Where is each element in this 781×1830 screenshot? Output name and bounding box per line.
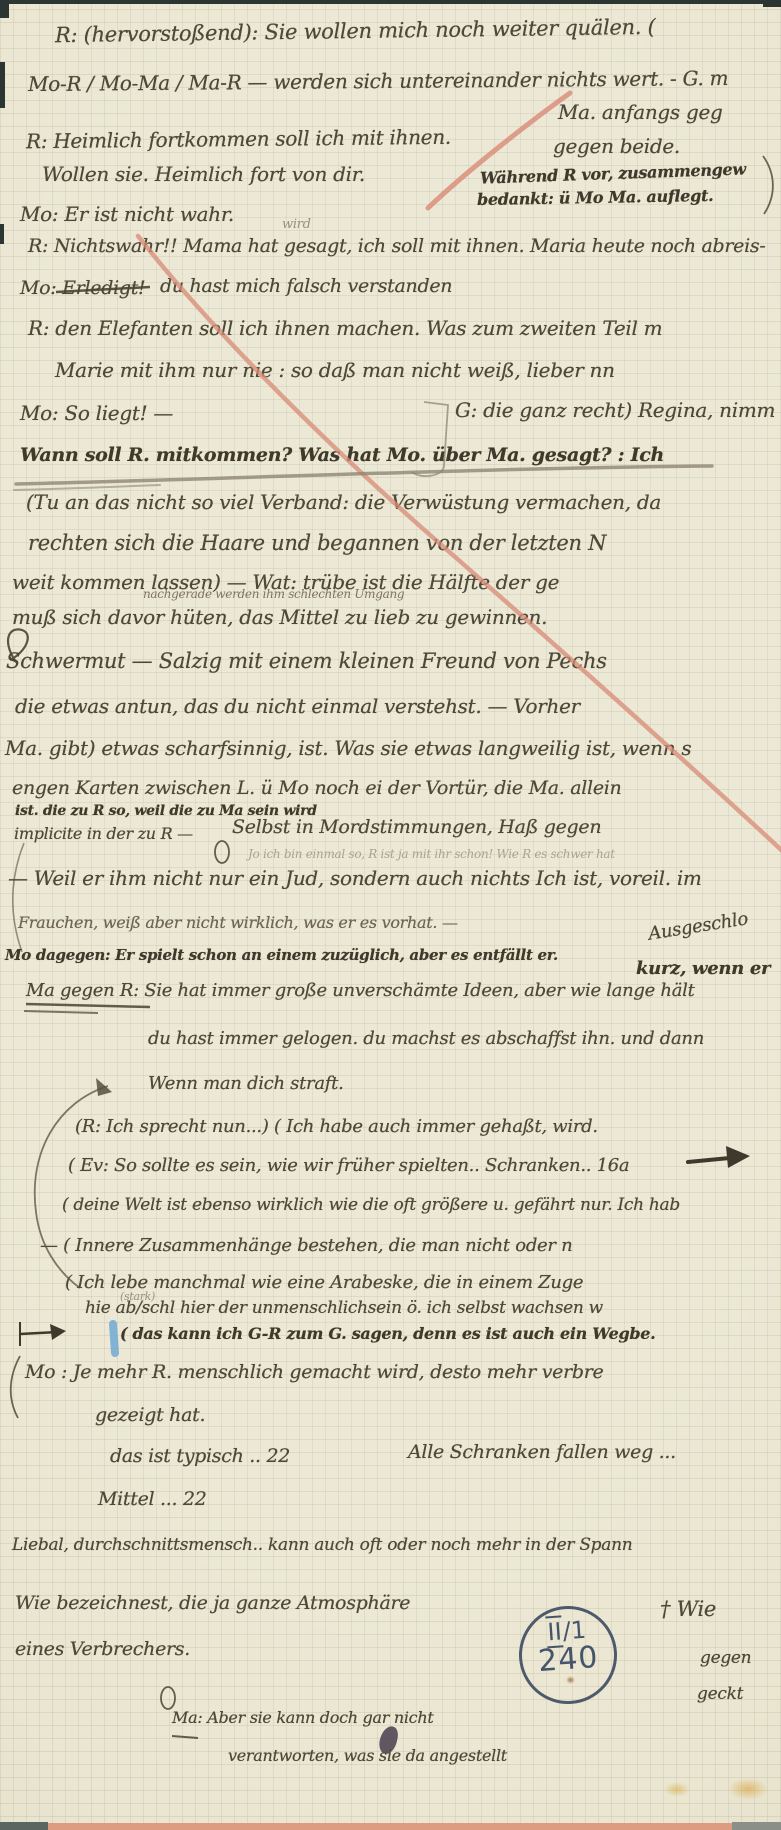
left-arc-arrowhead	[96, 1078, 112, 1096]
manuscript-line: gezeigt hat.	[95, 1406, 205, 1426]
right-arrow-shaft	[688, 1157, 740, 1162]
manuscript-line: Mittel ... 22	[98, 1490, 207, 1510]
pencil-interlinear: nachgerade werden ihm schlechten Umgang	[143, 588, 404, 601]
manuscript-line: R: Heimlich fortkommen soll ich mit ihne…	[26, 127, 451, 152]
pencil-underline-question	[16, 466, 712, 484]
manuscript-line: R: den Elefanten soll ich ihnen machen. …	[28, 318, 662, 339]
scan-edge-bottom-right	[732, 1822, 781, 1830]
margin-note: Ausgeschlo	[647, 910, 749, 944]
manuscript-line: Ma. gibt) etwas scharfsinnig, ist. Was s…	[5, 738, 691, 759]
manuscript-line: Selbst in Mordstimmungen, Haß gegen	[232, 818, 601, 838]
manuscript-line: — Weil er ihm nicht nur ein Jud, sondern…	[8, 868, 702, 889]
margin-note: Während R vor, zusammengew	[480, 161, 746, 187]
manuscript-line: (R: Ich sprecht nun...) ( Ich habe auch …	[75, 1118, 598, 1137]
manuscript-line: Mo: So liegt! —	[20, 403, 173, 424]
scan-edge-left-notch1	[0, 62, 5, 108]
manuscript-line: hie ab/schl hier der unmenschlichsein ö.…	[85, 1300, 603, 1318]
manuscript-line: Liebal, durchschnittsmensch.. kann auch …	[12, 1537, 632, 1555]
margin-note: † Wie	[660, 1598, 716, 1620]
manuscript-line: (Tu an das nicht so viel Verband: die Ve…	[26, 492, 661, 513]
right-parenthesis-big	[763, 156, 773, 214]
margin-note: gegen beide.	[553, 136, 680, 157]
manuscript-line-underlined: Ma gegen R: Sie hat immer große unversch…	[26, 982, 695, 1001]
manuscript-line: das ist typisch .. 22	[110, 1447, 290, 1467]
manuscript-line: R: Nichtswahr!! Mama hat gesagt, ich sol…	[28, 237, 765, 257]
manuscript-line-underlined: Ma: Aber sie kann doch gar nicht	[172, 1710, 433, 1727]
scan-edge-left-notch2	[0, 224, 4, 244]
o-insertion-mark-2	[161, 1687, 175, 1709]
manuscript-line: engen Karten zwischen L. ü Mo noch ei de…	[12, 779, 621, 799]
manuscript-line: rechten sich die Haare und begannen von …	[28, 532, 606, 554]
manuscript-page: R: (hervorstoßend): Sie wollen mich noch…	[0, 0, 781, 1830]
manuscript-line: Marie mit ihm nur nie : so daß man nicht…	[55, 360, 615, 381]
manuscript-line: ( deine Welt ist ebenso wirklich wie die…	[62, 1197, 680, 1215]
manuscript-line: du hast mich falsch verstanden	[160, 277, 452, 297]
scan-edge-top-right	[763, 0, 781, 7]
manuscript-line: ( Ev: So sollte es sein, wie wir früher …	[68, 1157, 629, 1176]
pencil-interlinear: Jo ich bin einmal so, R ist ja mit ihr s…	[248, 848, 615, 861]
manuscript-line: R: (hervorstoßend): Sie wollen mich noch…	[55, 16, 656, 46]
margin-note: geckt	[697, 1686, 743, 1704]
ink-underline-ma-gegen-r2	[24, 1011, 98, 1013]
margin-note: Ma. anfangs geg	[558, 102, 723, 123]
archive-stamp: II/1 240	[516, 1603, 621, 1708]
small-arrowhead	[50, 1324, 66, 1340]
ink-underline-ma-bottom	[172, 1736, 198, 1738]
manuscript-line: Wollen sie. Heimlich fort von dir.	[42, 164, 365, 185]
stain-yellow-2	[728, 1778, 768, 1800]
manuscript-line: G: die ganz recht) Regina, nimm dich zus…	[455, 400, 781, 421]
margin-note: gegen	[700, 1650, 751, 1668]
manuscript-line: Wie bezeichnest, die ja ganze Atmosphäre	[15, 1594, 410, 1614]
pencil-insertion: wird	[282, 218, 311, 232]
manuscript-line: — ( Innere Zusammenhänge bestehen, die m…	[40, 1237, 572, 1256]
manuscript-line-small: Mo dagegen: Er spielt schon an einem zuz…	[5, 948, 558, 964]
stamp-line2: 240	[521, 1640, 615, 1679]
manuscript-line-underlined: Wann soll R. mitkommen? Was hat Mo. über…	[20, 446, 664, 466]
manuscript-line: muß sich davor hüten, das Mittel zu lieb…	[12, 607, 547, 628]
manuscript-line: Mo-R / Mo-Ma / Ma-R — werden sich untere…	[28, 68, 728, 95]
manuscript-line: implicite in der zu R —	[14, 826, 193, 843]
blue-pencil-dash	[113, 1324, 115, 1353]
manuscript-line: Frauchen, weiß aber nicht wirklich, was …	[18, 915, 458, 932]
right-arrowhead	[726, 1146, 750, 1168]
manuscript-line: Wenn man dich straft.	[148, 1075, 344, 1094]
scan-edge-bottom-left	[0, 1822, 48, 1830]
margin-note: kurz, wenn er	[636, 960, 770, 979]
ink-underline-ma-gegen-r	[26, 1004, 150, 1007]
manuscript-line: Alle Schranken fallen weg ...	[408, 1443, 676, 1463]
manuscript-line: Schwermut — Salzig mit einem kleinen Fre…	[6, 650, 607, 672]
manuscript-line: eines Verbrechers.	[15, 1640, 190, 1660]
manuscript-line: du hast immer gelogen. du machst es absc…	[148, 1030, 704, 1049]
flourish-integral	[11, 1356, 20, 1418]
stain-yellow-1	[664, 1782, 690, 1797]
manuscript-line: verantworten, was sie da angestellt	[228, 1748, 507, 1765]
margin-note: bedankt: ü Mo Ma. auflegt.	[477, 188, 714, 209]
left-parenthesis-tall	[13, 843, 24, 952]
small-arrow-shaft	[20, 1332, 58, 1334]
scan-edge-bottom-strip	[48, 1823, 732, 1830]
manuscript-line: ( das kann ich G-R zum G. sagen, denn es…	[120, 1326, 655, 1343]
manuscript-line: die etwas antun, das du nicht einmal ver…	[15, 696, 580, 717]
manuscript-line: Mo : Je mehr R. menschlich gemacht wird,…	[25, 1363, 604, 1383]
scan-edge-top-left	[0, 0, 9, 18]
manuscript-line: Mo: Erledigt!	[20, 279, 145, 299]
scan-edge-top	[0, 0, 781, 4]
o-insertion-mark-1	[215, 841, 229, 863]
manuscript-line: Mo: Er ist nicht wahr.	[20, 204, 234, 225]
